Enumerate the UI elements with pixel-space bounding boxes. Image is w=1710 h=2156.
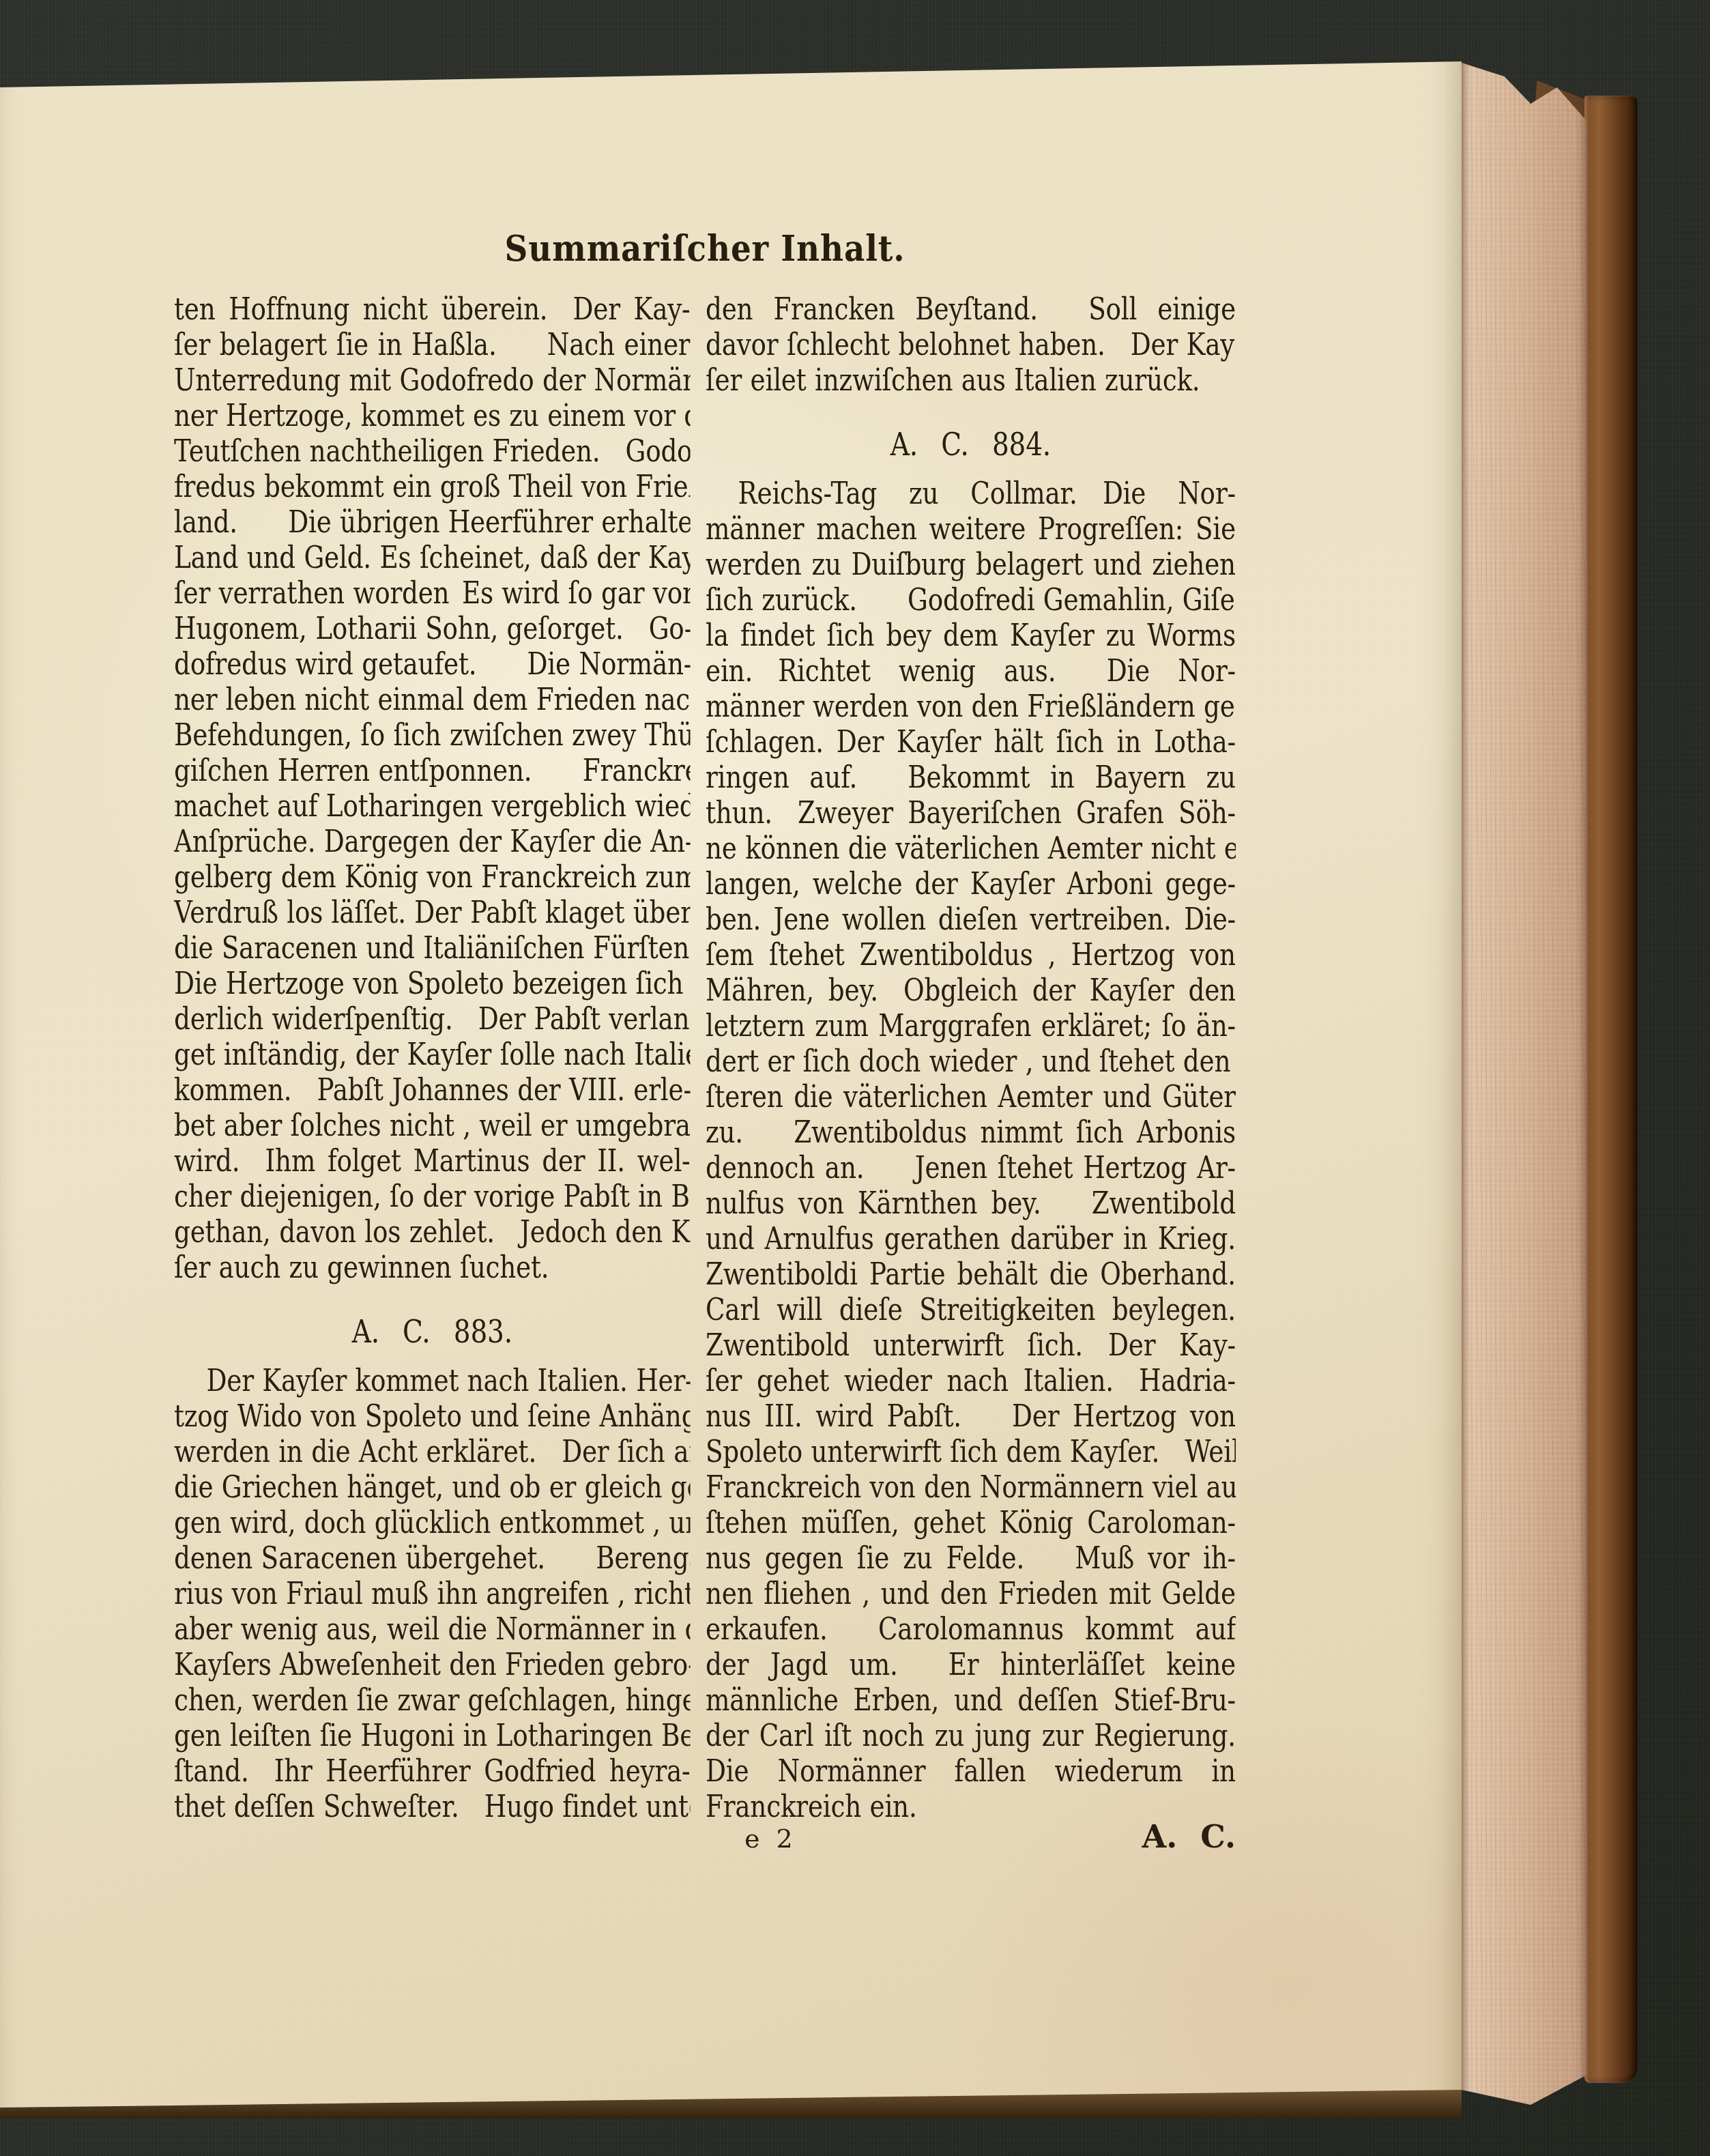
text-line: ten Hoffnung nicht überein. Der Kay- — [174, 292, 691, 328]
text-line: Spoleto unterwirft ſich dem Kayſer. Weil — [706, 1435, 1236, 1470]
text-line: dennoch an. Jenen ſtehet Hertzog Ar- — [706, 1151, 1236, 1186]
text-line: bet aber ſolches nicht , weil er umgebra… — [174, 1108, 691, 1144]
text-line: gen leiſten ſie Hugoni in Lotharingen Be… — [174, 1719, 691, 1754]
text-line: ben. Jene wollen dieſen vertreiben. Die- — [706, 902, 1236, 938]
text-line: ſer gehet wieder nach Italien. Hadria- — [706, 1364, 1236, 1399]
text-line: aber wenig aus, weil die Normänner in de… — [174, 1612, 691, 1648]
text-line: ſtand. Ihr Heerführer Godfried heyra- — [174, 1754, 691, 1790]
text-line: die Saracenen und Italiäniſchen Fürſten. — [174, 931, 691, 966]
text-line: zu. Zwentiboldus nimmt ſich Arbonis — [706, 1115, 1236, 1151]
text-line: werden in die Acht erkläret. Der ſich an — [174, 1435, 691, 1470]
book-fore-edge — [1462, 0, 1587, 2156]
page-header-title: Summariſcher Inhalt. — [174, 225, 1236, 273]
text-line: nus III. wird Pabſt. Der Hertzog von — [706, 1399, 1236, 1435]
text-line: werden zu Duiſburg belagert und ziehen — [706, 547, 1236, 583]
text-line: Zwentiboldi Partie behält die Oberhand. — [706, 1257, 1236, 1293]
text-line: ne können die väterlichen Aemter nicht e… — [706, 831, 1236, 867]
text-line: Die Normänner fallen wiederum in — [706, 1754, 1236, 1790]
book-page: Summariſcher Inhalt. ten Hoffnung nicht … — [0, 0, 1462, 2156]
text-line: fredus bekommt ein groß Theil von Frieß- — [174, 470, 691, 505]
text-line: cher diejenigen, ſo der vorige Pabſt in … — [174, 1179, 691, 1215]
signature-mark: e 2 — [744, 1824, 797, 1854]
text-line: ein. Richtet wenig aus. Die Nor- — [706, 654, 1236, 689]
text-column-left: ten Hoffnung nicht überein. Der Kay-ſer … — [174, 292, 691, 1835]
text-line: rius von Friaul muß ihn angreifen , rich… — [174, 1577, 691, 1612]
text-line: get inſtändig, der Kayſer ſolle nach Ita… — [174, 1037, 691, 1073]
text-line: ringen auf. Bekommt in Bayern zu — [706, 760, 1236, 796]
text-line: gen wird, doch glücklich entkommet , und… — [174, 1506, 691, 1541]
text-line: nulfus von Kärnthen bey. Zwentibold — [706, 1186, 1236, 1222]
text-line: wird. Ihm folget Martinus der II. wel- — [174, 1144, 691, 1179]
text-line: Befehdungen, ſo ſich zwiſchen zwey Thüri… — [174, 718, 691, 753]
text-line: ner Hertzoge, kommet es zu einem vor die — [174, 399, 691, 434]
text-line: tzog Wido von Spoleto und ſeine Anhänger — [174, 1399, 691, 1435]
text-line: thun. Zweyer Bayeriſchen Grafen Söh- — [706, 796, 1236, 831]
text-line: der Carl iſt noch zu jung zur Regierung. — [706, 1719, 1236, 1754]
text-line: nus gegen ſie zu Felde. Muß vor ih- — [706, 1541, 1236, 1577]
text-line: la findet ſich bey dem Kayſer zu Worms — [706, 618, 1236, 654]
text-line: den Francken Beyſtand. Soll einige — [706, 292, 1236, 328]
text-line: ner leben nicht einmal dem Frieden nach. — [174, 682, 691, 718]
text-line: gethan, davon los zehlet. Jedoch den Kay… — [174, 1215, 691, 1250]
text-line: männliche Erben, und deſſen Stief-Bru- — [706, 1683, 1236, 1719]
text-line: ſem ſtehet Zwentiboldus , Hertzog von — [706, 938, 1236, 973]
text-line: Die Hertzoge von Spoleto bezeigen ſich ſ… — [174, 966, 691, 1002]
text-line: die Griechen hänget, und ob er gleich ge… — [174, 1470, 691, 1506]
page-header-title-text: Summariſcher Inhalt. — [505, 225, 905, 273]
text-line: Hugonem, Lotharii Sohn, geſorget. Go- — [174, 612, 691, 647]
text-line: Teutſchen nachtheiligen Frieden. Godo- — [174, 434, 691, 470]
text-column-right: den Francken Beyſtand. Soll einigedavor … — [706, 292, 1236, 1835]
text-line: Verdruß los läſſet. Der Pabſt klaget übe… — [174, 895, 691, 931]
text-line: dert er ſich doch wieder , und ſtehet de… — [706, 1044, 1236, 1080]
leather-cover-edge — [1584, 96, 1638, 2083]
text-line: land. Die übrigen Heerführer erhalten — [174, 505, 691, 541]
text-line: kommen. Pabſt Johannes der VIII. erle- — [174, 1073, 691, 1108]
text-line: ſer eilet inzwiſchen aus Italien zurück. — [706, 363, 1236, 399]
text-line: gelberg dem König von Franckreich zum — [174, 860, 691, 895]
text-line: denen Saracenen übergehet. Berenga- — [174, 1541, 691, 1577]
text-line: Franckreich von den Normännern viel aus- — [706, 1470, 1236, 1506]
text-line: Anſprüche. Dargegen der Kayſer die An- — [174, 824, 691, 860]
text-line: ſchlagen. Der Kayſer hält ſich in Lotha- — [706, 725, 1236, 760]
text-line: nen fliehen , und den Frieden mit Gelde — [706, 1577, 1236, 1612]
text-line: männer werden von den Frießländern ge- — [706, 689, 1236, 725]
text-line: davor ſchlecht belohnet haben. Der Kay- — [706, 328, 1236, 363]
text-line: Land und Geld. Es ſcheinet, daß der Kay- — [174, 541, 691, 576]
text-line: Mähren, bey. Obgleich der Kayſer den — [706, 973, 1236, 1009]
text-line: derlich widerſpenſtig. Der Pabſt verlan- — [174, 1002, 691, 1037]
text-line: ſer belagert ſie in Haßla. Nach einer — [174, 328, 691, 363]
page-footer: e 2 A. C. — [174, 1818, 1236, 1866]
text-line: machet auf Lotharingen vergeblich wieder — [174, 789, 691, 824]
text-line: Carl will dieſe Streitigkeiten beylegen. — [706, 1293, 1236, 1328]
text-line: chen, werden ſie zwar geſchlagen, hinge- — [174, 1683, 691, 1719]
text-line: ſer auch zu gewinnen ſuchet. — [174, 1250, 691, 1286]
catchword: A. C. — [1142, 1818, 1236, 1855]
text-line: der Jagd um. Er hinterläſſet keine — [706, 1648, 1236, 1683]
text-line: langen, welche der Kayſer Arboni gege- — [706, 867, 1236, 902]
text-line: Der Kayſer kommet nach Italien. Her- — [174, 1364, 691, 1399]
text-line: Reichs-Tag zu Collmar. Die Nor- — [706, 476, 1236, 512]
scanned-book-photo: { "document": { "kind": "scanned histori… — [0, 0, 1710, 2156]
section-heading: A. C. 883. — [174, 1309, 691, 1354]
text-line: letztern zum Marggrafen erkläret; ſo än- — [706, 1009, 1236, 1044]
text-line: erkaufen. Carolomannus kommt auf — [706, 1612, 1236, 1648]
text-line: ſer verrathen worden Es wird ſo gar vor — [174, 576, 691, 612]
text-line: ſich zurück. Godofredi Gemahlin, Giſe- — [706, 583, 1236, 618]
text-line: ſteren die väterlichen Aemter und Güter — [706, 1080, 1236, 1115]
text-line: ſtehen müſſen, gehet König Caroloman- — [706, 1506, 1236, 1541]
section-heading: A. C. 884. — [706, 422, 1236, 467]
text-line: giſchen Herren entſponnen. Franckreich — [174, 753, 691, 789]
text-line: Zwentibold unterwirft ſich. Der Kay- — [706, 1328, 1236, 1364]
text-line: und Arnulfus gerathen darüber in Krieg. — [706, 1222, 1236, 1257]
text-line: Unterredung mit Godofredo der Normän- — [174, 363, 691, 399]
text-line: Kayſers Abweſenheit den Frieden gebro- — [174, 1648, 691, 1683]
text-line: männer machen weitere Progreſſen: Sie — [706, 512, 1236, 547]
text-line: dofredus wird getaufet. Die Normän- — [174, 647, 691, 682]
